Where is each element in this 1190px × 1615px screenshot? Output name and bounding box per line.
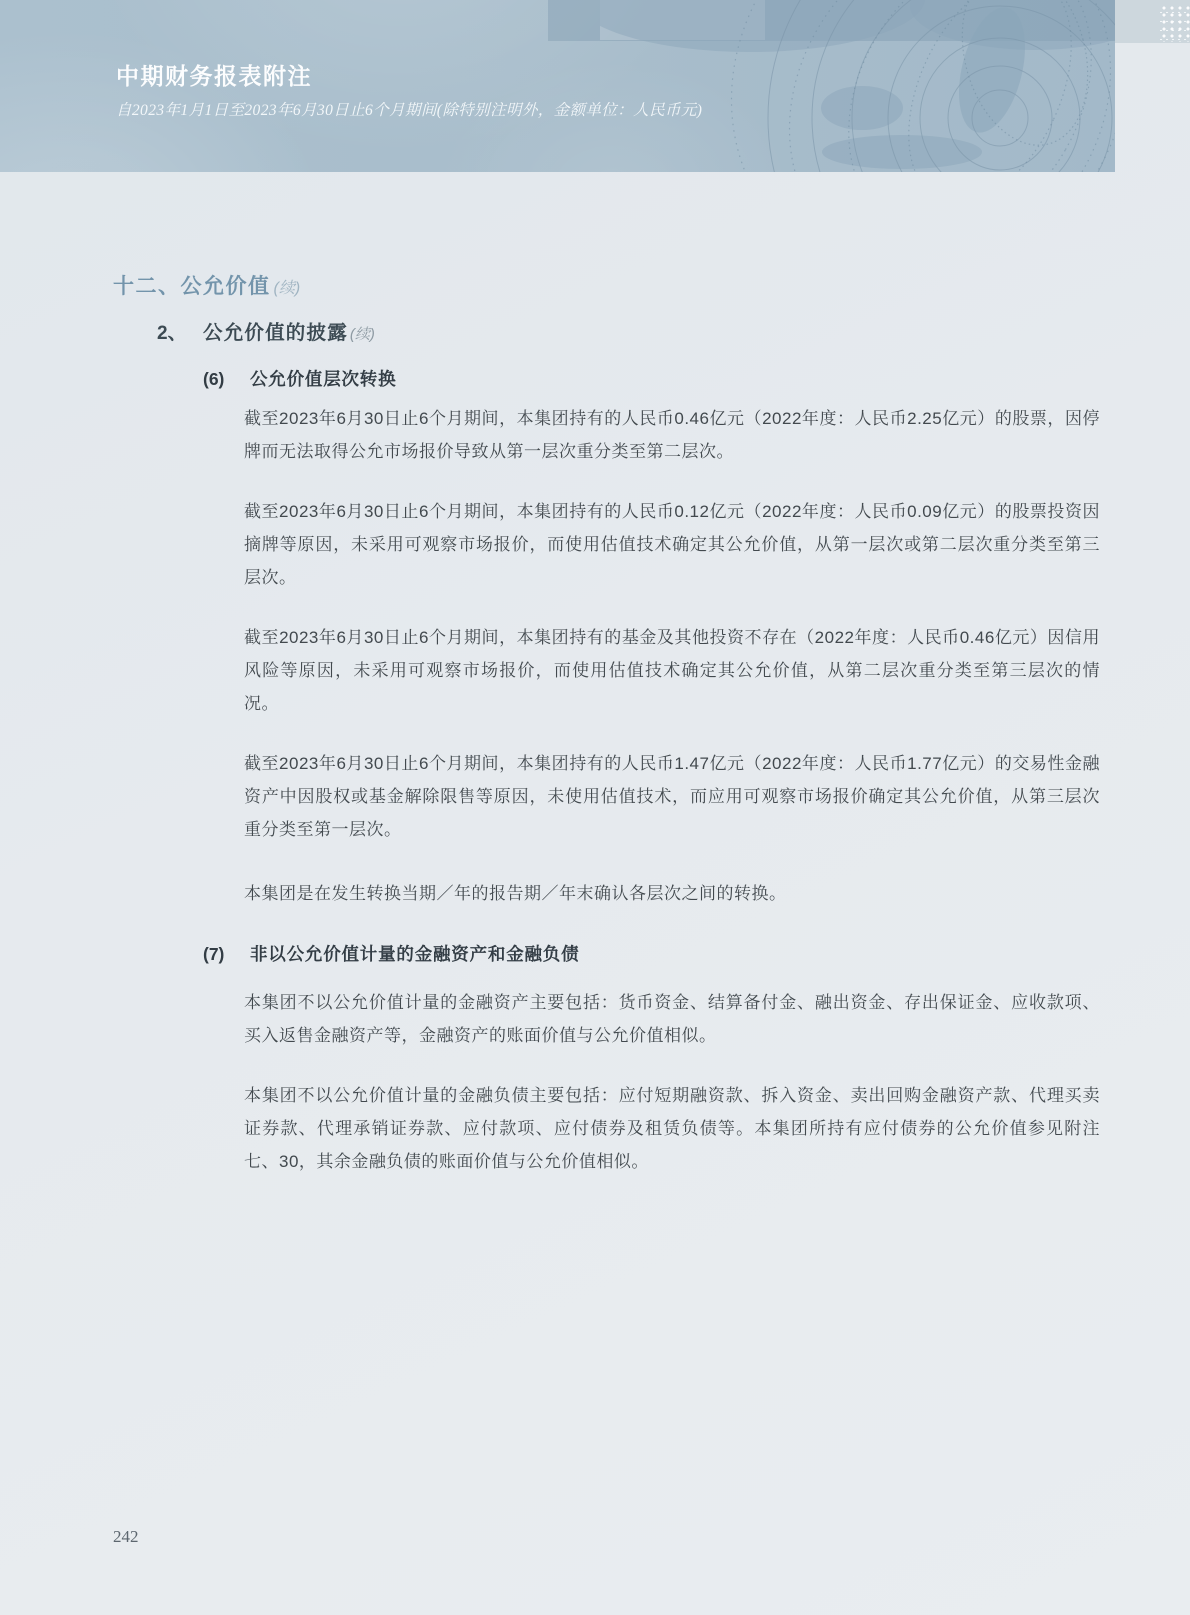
- page-title: 中期财务报表附注: [116, 58, 312, 91]
- paragraph: 本集团是在发生转换当期／年的报告期／年末确认各层次之间的转换。: [244, 877, 1100, 910]
- paragraph: 本集团不以公允价值计量的金融资产主要包括：货币资金、结算备付金、融出资金、存出保…: [244, 986, 1100, 1052]
- paragraph: 截至2023年6月30日止6个月期间，本集团持有的人民币1.47亿元（2022年…: [244, 747, 1100, 846]
- paragraph: 截至2023年6月30日止6个月期间，本集团持有的人民币0.12亿元（2022年…: [244, 495, 1100, 594]
- paragraph: 截至2023年6月30日止6个月期间，本集团持有的人民币0.46亿元（2022年…: [244, 402, 1100, 468]
- subsection-heading: 2、 公允价值的披露(续): [157, 317, 1190, 345]
- globe-map-graphic: [600, 0, 1115, 172]
- paragraph: 截至2023年6月30日止6个月期间，本集团持有的基金及其他投资不存在（2022…: [244, 621, 1100, 720]
- page-subtitle: 自2023年1月1日至2023年6月30日止6个月期间(除特别注明外，金额单位：…: [116, 98, 702, 120]
- item-7-title: 非以公允价值计量的金融资产和金融负债: [250, 941, 579, 966]
- header-corner-box: [1115, 0, 1190, 43]
- document-body: 十二、公允价值(续) 2、 公允价值的披露(续) (6) 公允价值层次转换 截至…: [0, 172, 1190, 1205]
- section-continued-label: (续): [274, 280, 301, 297]
- document-page: 中期财务报表附注 自2023年1月1日至2023年6月30日止6个月期间(除特别…: [0, 0, 1190, 1615]
- page-number: 242: [113, 1527, 139, 1547]
- snowflake-speckle-graphic: [1160, 4, 1190, 42]
- subsection-continued-label: (续): [350, 323, 375, 344]
- item-6-heading: (6) 公允价值层次转换: [203, 366, 1190, 391]
- item-6-title: 公允价值层次转换: [250, 366, 396, 391]
- paragraph: 本集团不以公允价值计量的金融负债主要包括：应付短期融资款、拆入资金、卖出回购金融…: [244, 1079, 1100, 1178]
- item-6-number: (6): [203, 369, 250, 390]
- page-header: 中期财务报表附注 自2023年1月1日至2023年6月30日止6个月期间(除特别…: [0, 0, 1115, 172]
- section-heading: 十二、公允价值(续): [113, 270, 1190, 300]
- section-title: 十二、公允价值: [113, 275, 271, 298]
- item-7-heading: (7) 非以公允价值计量的金融资产和金融负债: [203, 941, 1190, 966]
- subsection-number: 2、: [157, 318, 203, 345]
- subsection-title: 公允价值的披露: [203, 317, 348, 345]
- item-7-number: (7): [203, 944, 250, 965]
